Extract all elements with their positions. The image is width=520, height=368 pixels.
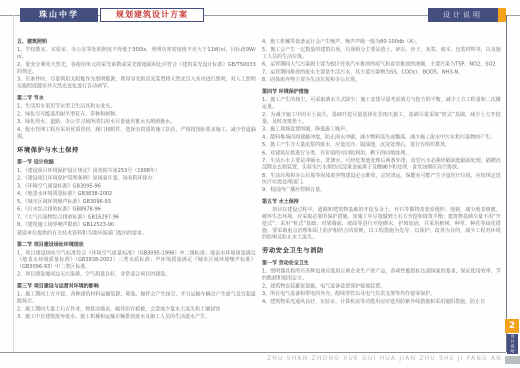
text-paragraph: 1、生活用水采用节水型卫生洁具和水龙头。 [17,102,256,109]
text-paragraph: 1、施工期间土方开挖、各种建筑材料运输装卸、筛选、搅拌会产生扬尘，并且运输车辆会… [17,291,256,305]
text-paragraph: 6、运营期间大气污染源主要为校区往来汽车排放的尾气和食堂排放的油烟，主要污染为T… [262,61,501,68]
text-paragraph: 4、散料堆场四周建蔽冲堤，防止雨水冲刷，减少物料流失或飘落，减少施工废水中污水和… [262,133,501,140]
text-paragraph: 建设单位提供的有关技术资料和当地环保部门提出的要求。 [17,229,256,236]
text-paragraph: 2、绿化尽可能选用耐旱型花卉、草种和树种。 [17,110,256,117]
section-heading: 环境保护与水土保持 [17,146,256,153]
text-paragraph: 3、施工中有建筑废弃废水、施工机械和运输车辆排放废水及施工人员的生活废水产生。 [17,313,256,320]
section-heading: 第一节 设计依据 [17,158,256,165]
text-paragraph: 2、建筑物安装避雷设施，电气设备设置保护接地装置。 [262,282,501,289]
section-heading: 第四节 环境保护措施 [262,88,501,95]
text-paragraph: 5、施工会产生一定数量的建筑垃圾，垃圾组分主要是渣土、碎石、沙子、灰浆、废木、包… [262,46,501,60]
text-paragraph: 项目在建设过程中，道路和建筑物基础的开挖及余土、弃石等都将改变原地形、地貌，减少… [262,206,501,240]
section-heading: 第三节 项目建设与运营对环境的影响 [17,282,256,289]
text-paragraph: 8、生活垃圾和办公垃圾等固体废弃物建设定点堆放，定时清运，保健室可能产生少量医疗… [262,171,501,185]
section-heading: 第二节 节水 [17,94,256,101]
text-paragraph: 4、《地表水环境质量标准》GB3838-2002 [17,190,256,197]
document-page: 珠山中学 规划建筑设计方案 设计说明 五、建筑照明1、学校教室、实验室、办公室等… [0,0,520,368]
side-vertical-tab: 设计说明 [507,334,518,354]
text-paragraph: 8、《建筑施工场界噪声限值》GB12523-90 [17,221,256,228]
text-paragraph: 4、建筑物采光通风良好，实验室、计算机房等功能用房应选用防紫外线措施和采用遮阳措… [262,298,501,305]
page-left-border [13,15,14,352]
page-right-border [506,15,507,352]
section-label-badge: 设计说明 [428,8,498,22]
text-paragraph: 7、运营期间排放的废水主要是生活污水，其主要污染物为SS、CODcr、BOD5、… [262,68,501,75]
text-paragraph: 6、《污水综合排放标准》GB8978-96 [17,206,256,213]
right-text-column: 4、施工机械等设备运行会产生噪声，噪声声级一般为80-100db（A）。5、施工… [262,38,501,352]
section-heading: 劳动安全卫生与消防 [262,247,501,254]
text-paragraph: 1、《建设项目环境保护设计规定》国务院令第253号（1998年） [17,166,256,173]
section-heading: 第一节 劳动安全卫生 [262,259,501,266]
text-paragraph: 1、学校教室、实验室、办公室等处的照度不得低于300lx，照明功率密度值不应大于… [17,46,256,60]
text-paragraph: 3、《环境空气质量标准》GB3095-96 [17,182,256,189]
text-paragraph: 3、施工现场设置围墙，降低施工噪声。 [262,126,501,133]
text-paragraph: 1、施工产生的扬尘，可采取洒水方式降尘；施工安排尽量考虑填方与挖方的平衡，减少土… [262,96,501,110]
section-heading: 第五节 水土保持 [262,198,501,205]
page-number-tab: 2 [505,319,519,333]
side-gray-block [505,356,520,364]
text-paragraph: 9、校园内广播应控制音量。 [262,186,501,193]
school-name-badge: 珠山中学 [20,8,98,22]
text-paragraph: 3、绿化用水、道路、办公学习场所清扫用水尽量使用蓄水头喷洒施水。 [17,118,256,125]
text-paragraph: 4、配水管网工程应采用优质管材、阀门和附件，选择有资质的施工队伍，严格按国标要求… [17,126,256,140]
text-paragraph: 7、生活污水主要是冲厕水、洗涤水，可经化粪池处理后两条外排，食堂污水必须经隔油池… [262,157,501,171]
doc-title-badge: 规划建筑设计方案 [100,8,204,22]
text-paragraph: 2、项目建设地周边无污染源，空气质量良好，非常适合项目的建设。 [17,271,256,278]
footer-rule [0,352,506,353]
text-paragraph: 4、施工机械等设备运行会产生噪声，噪声声级一般为80-100db（A）。 [262,38,501,45]
left-text-column: 五、建筑照明1、学校教室、实验室、办公室等处的照度不得低于300lx，照明功率密… [17,38,256,352]
section-heading: 五、建筑照明 [17,38,256,45]
text-paragraph: 1、照明器具和所有各种设备应选用正规企业生产的产品，各项性能指标达到国家的要求，… [262,267,501,281]
text-paragraph: 8、固体废弃物主要为生活垃圾和办公垃圾。 [262,76,501,83]
side-vertical-tab-label: 设计说明 [511,334,515,354]
footer-pinyin-text: ZHU SHAN ZHONG XUE GUI HUA JIAN ZHU SHE … [267,355,502,362]
text-paragraph: 2、要充分利用天然光，各使用单元的采光系数或采光窗地面积比应符合《建筑采光设计标… [17,61,256,75]
text-paragraph: 3、有条件时，尽量利用太阳能作为照明能源，利用导光和反光装置将天然光引入室内进行… [17,76,256,90]
text-paragraph: 6、对建筑垃圾进行分类，有价值的可回收利用，剩下的回填处理。 [262,149,501,156]
text-paragraph: 5、《城市区域环境噪声标准》GB3096-93 [17,198,256,205]
text-paragraph: 5、施工产生含大量泥浆的废水，应设沉沙、隔油池，沉淀处理后，进行有组织排放。 [262,141,501,148]
text-paragraph: 2、《建设项目环境保护管理条例》原国家计委、国务院环保办 [17,174,256,181]
text-paragraph: 1、项目建设场址空气标准符合《环境空气质量标准》（GB3095-1996）中二级… [17,249,256,270]
section-heading: 第二节 项目建设场址环境现状 [17,241,256,248]
text-paragraph: 3、所有电气设备和带电的外壳、配线穿管以及电气仪表支架等均作接零保护。 [262,290,501,297]
text-paragraph: 2、施工期间大量土石方作业，将扰动地表，破坏原有植被，会造成少量水土流失和土壤侵… [17,305,256,312]
text-paragraph: 7、《大气污染物综合排放标准》GB16297-96 [17,213,256,220]
orange-accent-tab [498,8,506,22]
text-paragraph: 2、为减少施工中的水土流失，基础开挖尽量选择在非雨天施工，基础尽量采取“桩式”基… [262,111,501,125]
